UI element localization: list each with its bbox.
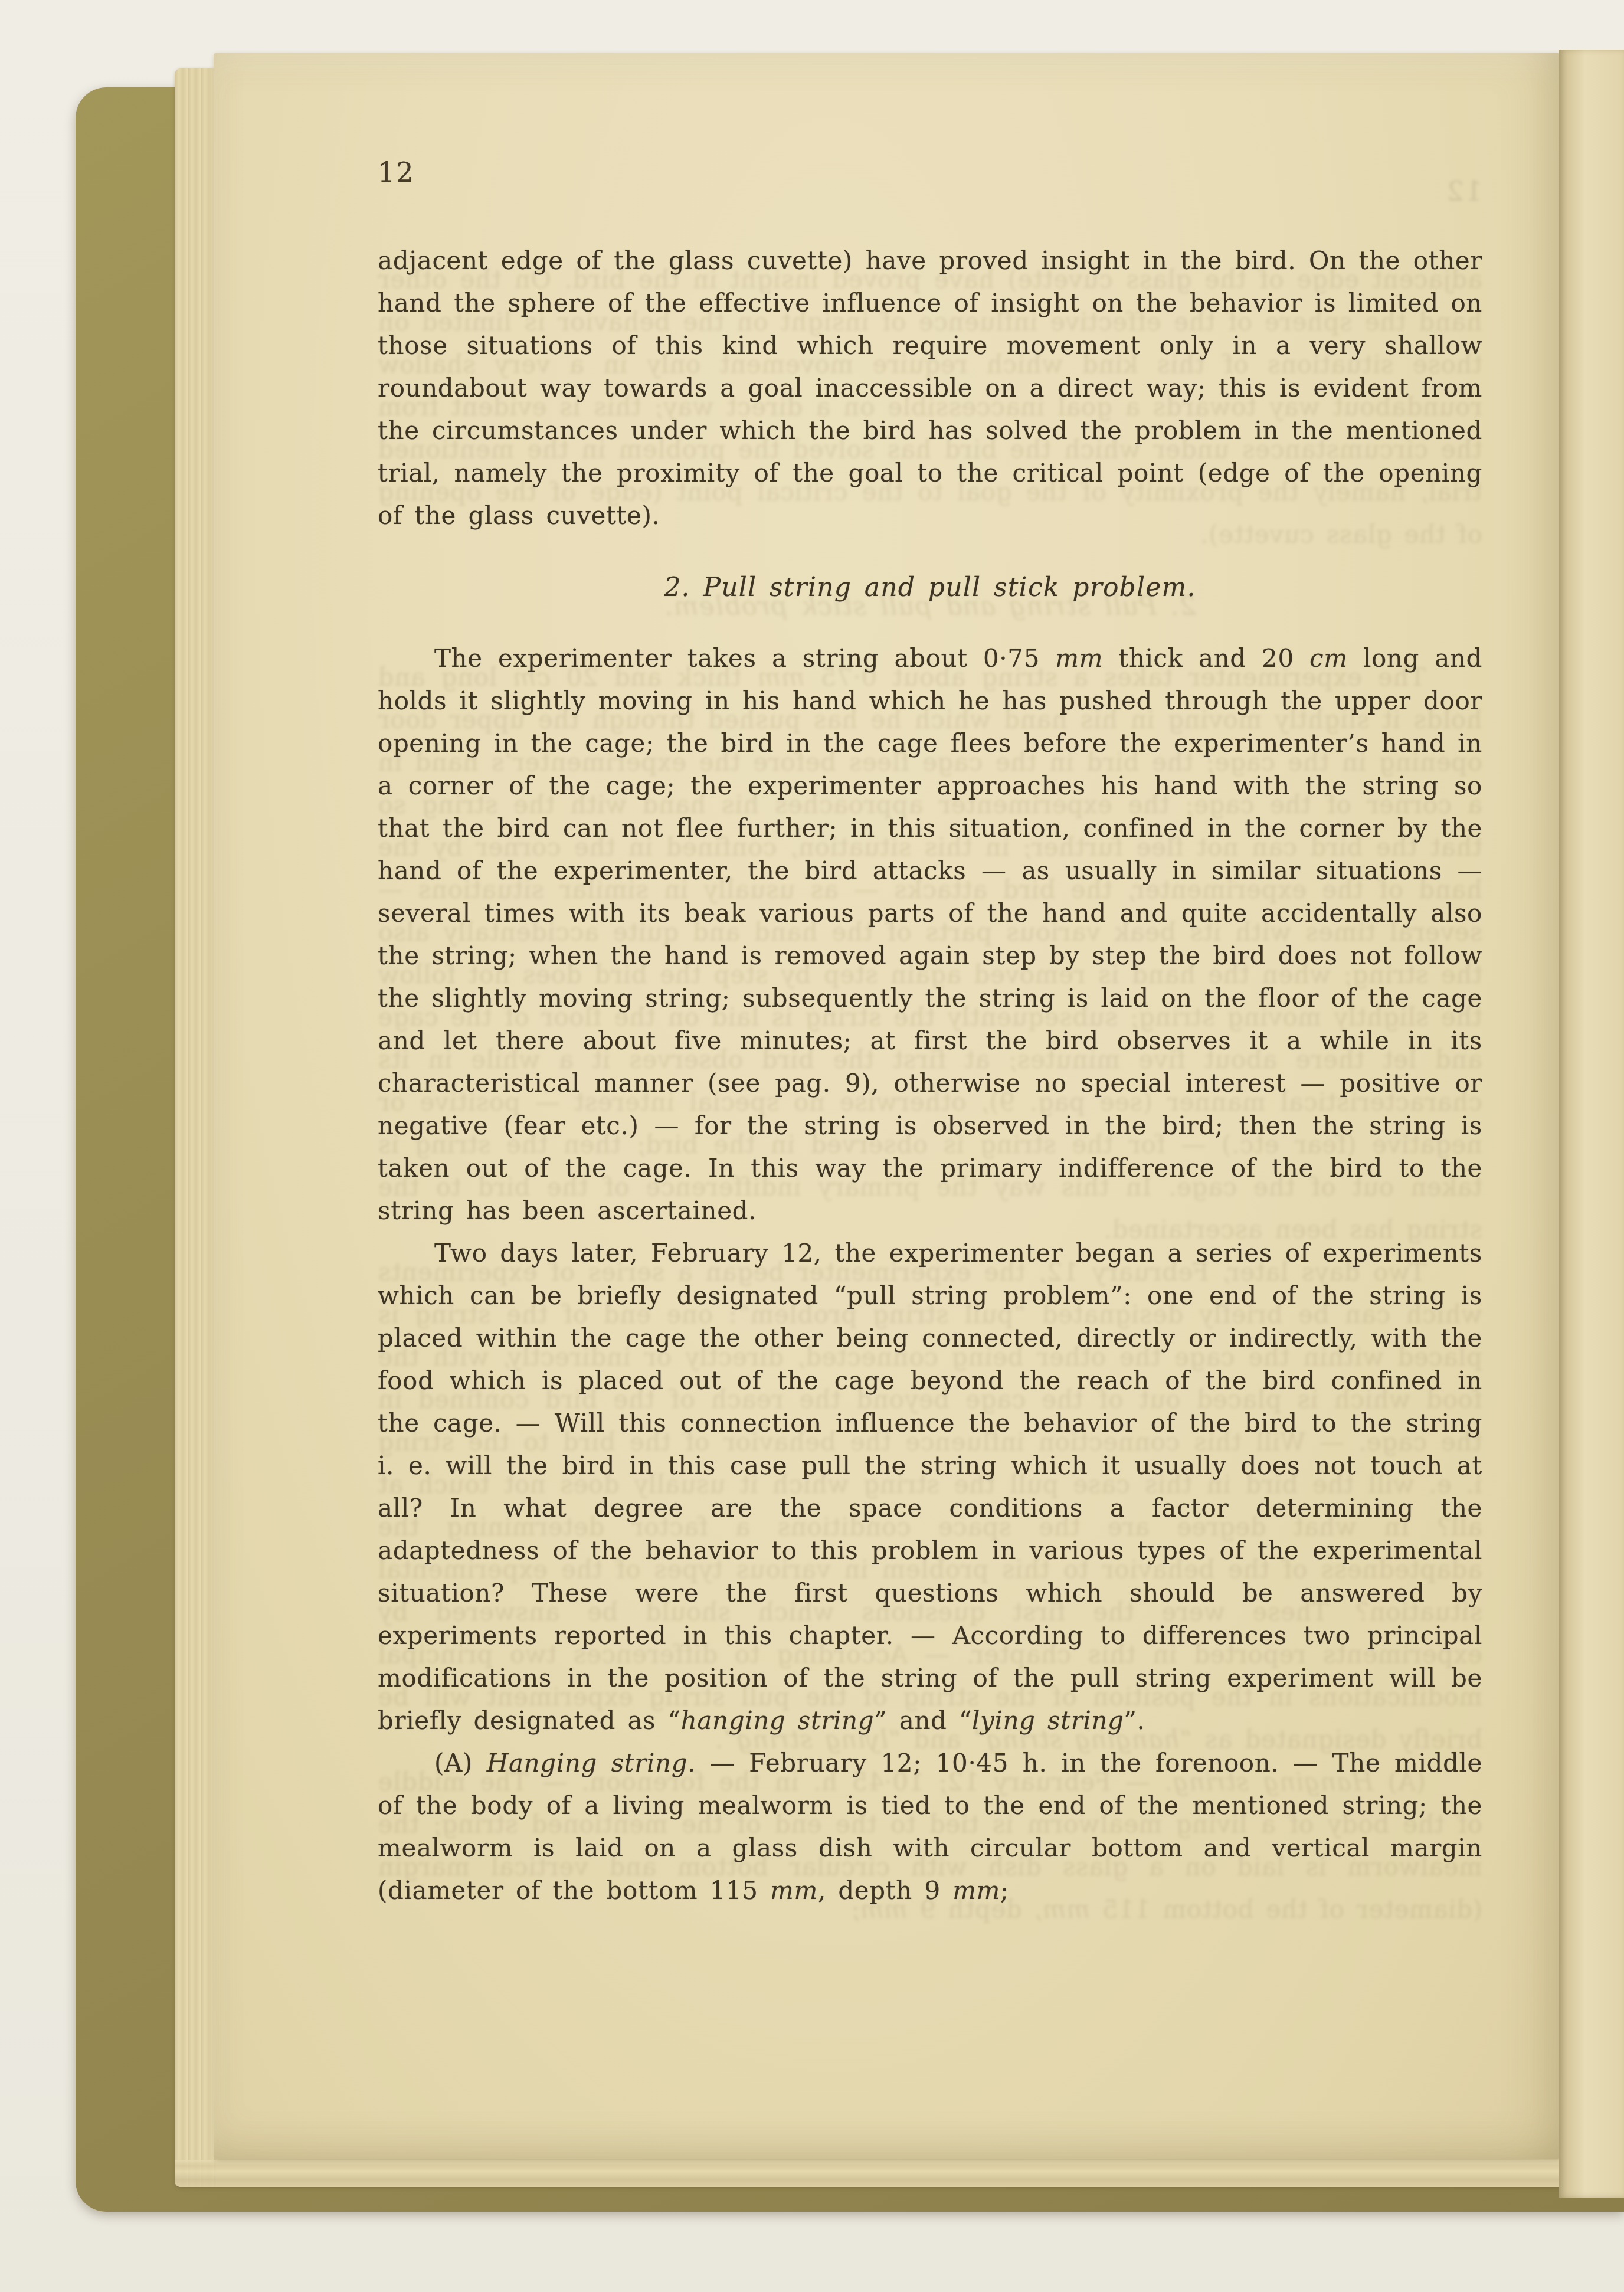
text-run: ” and “: [874, 1706, 972, 1735]
page-number: 12: [378, 157, 1482, 188]
section-heading: 2. Pull string and pull stick problem.: [378, 567, 1482, 609]
text-run: ;: [1000, 1876, 1009, 1905]
paragraph: adjacent edge of the glass cuvette) have…: [378, 240, 1482, 537]
text-run: (A): [434, 1749, 487, 1777]
paragraph: (A) Hanging string. — February 12; 10·45…: [378, 1742, 1482, 1912]
italic-text-run: hanging string: [681, 1706, 875, 1735]
text-run: thick and 20: [1103, 644, 1309, 673]
paragraph: The experimenter takes a string about 0·…: [378, 637, 1482, 1232]
text-run: , depth 9: [818, 1876, 952, 1905]
paragraph: Two days later, February 12, the experim…: [378, 1232, 1482, 1742]
italic-text-run: cm: [1309, 644, 1348, 673]
italic-text-run: mm: [952, 1876, 1000, 1905]
italic-text-run: Hanging string.: [487, 1749, 696, 1777]
text-run: The experimenter takes a string about 0·…: [434, 644, 1055, 673]
text-run: Two days later, February 12, the experim…: [378, 1239, 1482, 1735]
scanned-book-photo: 12 adjacent edge of the glass cuvette) h…: [0, 0, 1624, 2292]
text-run: long and holds it slightly moving in his…: [378, 644, 1482, 1225]
italic-text-run: mm: [770, 1876, 818, 1905]
italic-text-run: mm: [1055, 644, 1103, 673]
text-run: ”.: [1124, 1706, 1145, 1735]
text-run: adjacent edge of the glass cuvette) have…: [378, 246, 1482, 530]
text-column: 12 adjacent edge of the glass cuvette) h…: [378, 157, 1482, 1912]
italic-text-run: lying string: [972, 1706, 1124, 1735]
next-page-gutter-edge: [1559, 50, 1624, 2198]
body-text: adjacent edge of the glass cuvette) have…: [378, 240, 1482, 1912]
italic-text-run: 2. Pull string and pull stick problem.: [664, 572, 1196, 603]
